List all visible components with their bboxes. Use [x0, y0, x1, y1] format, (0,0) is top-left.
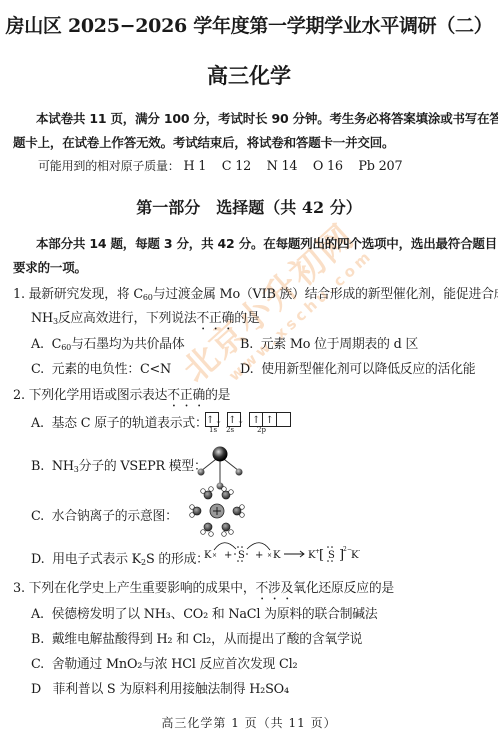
k2s-formation-electron-diagram: K× + S + ×K K+ [ S ] 2− K+ — [200, 536, 360, 566]
question-number: 2. — [13, 388, 25, 403]
question-3-option-b: B. 戴维电解盐酸得到 H₂ 和 Cl₂，从而提出了酸的含氧学说 — [31, 628, 362, 647]
orbital-label-2p: 2p — [257, 426, 266, 434]
svg-text:S: S — [328, 550, 335, 561]
section-title: 第一部分 选择题（共 42 分） — [0, 195, 498, 218]
orbital-1s: ↑↓ — [205, 412, 219, 427]
svg-text:×: × — [212, 552, 217, 559]
question-1-stem-line2: NH3反应高效进行，下列说法不正确的是 — [31, 307, 259, 333]
svg-text:K: K — [273, 550, 281, 561]
atomic-masses: 可能用到的相对原子质量： H 1 C 12 N 14 O 16 Pb 207 — [38, 157, 402, 174]
page-footer: 高三化学第 1 页（共 11 页） — [0, 714, 498, 731]
question-3-option-c: C. 舍勒通过 MnO₂与浓 HCl 反应首次发现 Cl₂ — [31, 653, 297, 672]
hydrated-sodium-ion-icon — [182, 483, 252, 538]
mass-c: C 12 — [222, 159, 251, 174]
orbital-2s: ↑↓ — [227, 412, 241, 427]
section-desc-line1: 本部分共 14 题，每题 3 分，共 42 分。在每题列出的四个选项中，选出最符… — [36, 234, 497, 252]
svg-text:+: + — [255, 550, 263, 561]
instructions-line1: 本试卷共 11 页，满分 100 分，考试时长 90 分钟。考生务必将答案填涂或… — [36, 109, 498, 127]
question-1-option-d: D. 使用新型催化剂可以降低反应的活化能 — [240, 358, 475, 377]
question-number: 1. — [13, 287, 25, 302]
question-1-stem-line1: 1. 最新研究发现，将 C60与过渡金属 Mo（VIB 族）结合形成的新型催化剂… — [13, 283, 498, 302]
orbital-label-2s: 2s — [226, 426, 234, 434]
svg-text:×: × — [267, 552, 272, 559]
question-2-stem: 2. 下列化学用语或图示表达不正确的是 — [13, 384, 230, 410]
question-number: 3. — [13, 581, 25, 596]
svg-text:K: K — [204, 550, 212, 561]
question-1-option-a: A. C60与石墨均为共价晶体 — [31, 333, 184, 352]
orbital-2p-1: ↑ — [249, 412, 263, 427]
question-2-option-d: D. 用电子式表示 K2S 的形成： — [31, 548, 209, 567]
question-2-option-a: A. 基态 C 原子的轨道表示式： — [31, 412, 208, 431]
question-2-option-c: C. 水合钠离子的示意图： — [31, 505, 178, 524]
mass-o: O 16 — [313, 159, 343, 174]
question-1-option-b: B. 元素 Mo 位于周期表的 d 区 — [240, 333, 418, 352]
svg-text:[: [ — [319, 548, 324, 563]
orbital-2p-2: ↑ — [263, 412, 277, 427]
question-2-option-b: B. NH3分子的 VSEPR 模型： — [31, 455, 207, 474]
svg-text:S: S — [238, 550, 245, 561]
emphasis-text: 不正确 — [196, 311, 234, 326]
mass-h: H 1 — [183, 159, 206, 174]
instructions-line2: 题卡上，在试卷上作答无效。考试结束后，将试卷和答题卡一并交回。 — [13, 133, 394, 151]
svg-text:+: + — [224, 550, 232, 561]
exam-title: 房山区 2025−2026 学年度第一学期学业水平调研（二） — [0, 11, 498, 38]
section-desc-line2: 要求的一项。 — [13, 258, 87, 276]
question-3-option-a: A. 侯德榜发明了以 NH₃、CO₂ 和 NaCl 为原料的联合制碱法 — [31, 603, 378, 622]
question-1-option-c: C. 元素的电负性：C<N — [31, 358, 171, 377]
orbital-2p-3 — [277, 412, 291, 427]
emphasis-text: 不正确 — [167, 388, 205, 403]
mass-pb: Pb 207 — [358, 159, 402, 174]
mass-n: N 14 — [267, 159, 298, 174]
orbital-label-1s: 1s — [209, 426, 217, 434]
atomic-masses-label: 可能用到的相对原子质量： — [38, 159, 180, 173]
emphasis-text: 不涉及 — [255, 581, 293, 596]
question-3-stem: 3. 下列在化学史上产生重要影响的成果中，不涉及氧化还原反应的是 — [13, 577, 394, 603]
question-3-option-d: D 菲利普以 S 为原料利用接触法制得 H₂SO₄ — [31, 678, 289, 697]
svg-text:+: + — [358, 548, 360, 555]
subject-title: 高三化学 — [0, 60, 498, 90]
orbital-diagram: ↑↓ ↑↓ ↑↑ 1s 2s 2p — [205, 408, 291, 427]
